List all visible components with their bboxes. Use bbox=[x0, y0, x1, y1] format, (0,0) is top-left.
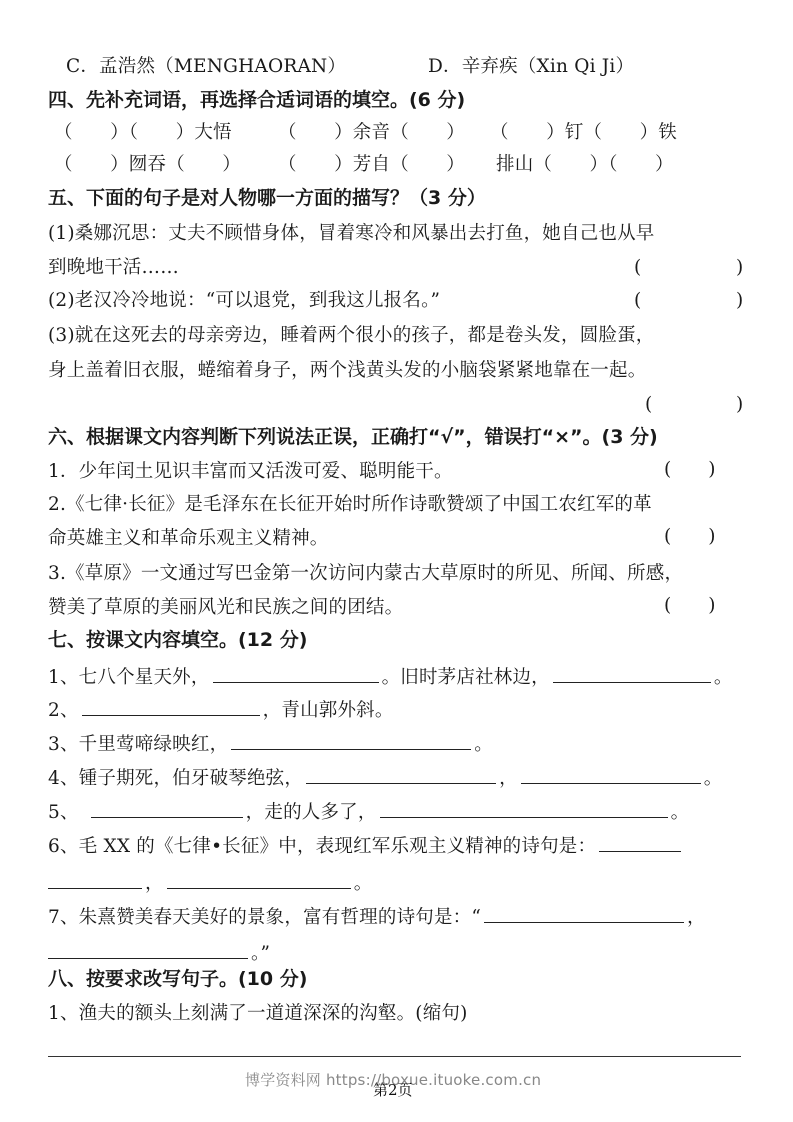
s5-q3-answer-open: ( bbox=[645, 393, 652, 417]
s7-q7-text-c: 。” bbox=[251, 943, 270, 964]
s7-q7-text-b: ， bbox=[687, 907, 706, 928]
exam-page: C．孟浩然（MENGHAORAN） D．辛弃疾（Xin Qi Ji） 四、先补充… bbox=[0, 0, 793, 1122]
s7-q4: 4、锺子期死，伯牙破琴绝弦，，。 bbox=[48, 765, 722, 791]
idiom-2-2: （ ）芳自（ ） bbox=[278, 153, 465, 177]
s7-q7-text-a: 7、朱熹赞美春天美好的景象，富有哲理的诗句是：“ bbox=[48, 907, 481, 928]
s7-q1: 1、七八个星天外，。旧时茅店社林边，。 bbox=[48, 664, 733, 690]
s7-q1-text-b: 。旧时茅店社林边， bbox=[382, 667, 550, 688]
page-number: 第2页 bbox=[373, 1079, 413, 1100]
s6-q2-line2: 命英雄主义和革命乐观主义精神。 bbox=[48, 527, 329, 551]
s7-q1-text-a: 1、七八个星天外， bbox=[48, 667, 210, 688]
option-c: C．孟浩然（MENGHAORAN） bbox=[66, 55, 346, 79]
idiom-1-1: （ ）（ ）大悟 bbox=[54, 121, 232, 145]
s7-q3-blank-1[interactable] bbox=[231, 731, 471, 750]
s7-q2-blank-1[interactable] bbox=[82, 697, 260, 716]
s6-q2-line1: 2.《七律·长征》是毛泽东在长征开始时所作诗歌赞颂了中国工农红军的革 bbox=[48, 493, 652, 517]
idiom-1-2: （ ）余音（ ） bbox=[278, 121, 465, 145]
s6-q3-line2: 赞美了草原的美丽风光和民族之间的团结。 bbox=[48, 596, 403, 620]
s7-q7: 7、朱熹赞美春天美好的景象，富有哲理的诗句是：“， bbox=[48, 904, 706, 930]
s7-q4-text-c: 。 bbox=[704, 768, 723, 789]
idiom-1-3: （ ）钉（ ）铁 bbox=[490, 121, 677, 145]
s5-q2-answer-close: ) bbox=[736, 289, 743, 313]
s7-q2-text-a: 2、 bbox=[48, 700, 79, 721]
s7-q5-text-b: ，走的人多了， bbox=[246, 802, 377, 823]
s7-q6-text-c: 。 bbox=[354, 873, 373, 894]
idiom-2-1: （ ）囫吞（ ） bbox=[54, 153, 241, 177]
s7-q4-text-b: ， bbox=[499, 768, 518, 789]
s7-q3: 3、千里莺啼绿映红，。 bbox=[48, 731, 493, 757]
idiom-2-3: 排山（ ）（ ） bbox=[496, 153, 674, 177]
s8-q1: 1、渔夫的额头上刻满了一道道深深的沟壑。(缩句) bbox=[48, 1002, 468, 1026]
s5-q1-line1: (1)桑娜沉思：丈夫不顾惜身体，冒着寒冷和风暴出去打鱼，她自己也从早 bbox=[48, 222, 655, 246]
s5-q3-line1: (3)就在这死去的母亲旁边，睡着两个很小的孩子，都是卷头发，圆脸蛋， bbox=[48, 324, 655, 348]
s7-q7-blank-2[interactable] bbox=[48, 940, 248, 959]
s7-q6-blank-1[interactable] bbox=[599, 833, 681, 852]
section-8-title: 八、按要求改写句子。(10 分) bbox=[48, 967, 307, 991]
s7-q7-cont: 。” bbox=[48, 940, 270, 966]
option-d: D．辛弃疾（Xin Qi Ji） bbox=[428, 55, 634, 79]
s7-q4-text-a: 4、锺子期死，伯牙破琴绝弦， bbox=[48, 768, 303, 789]
section-5-title: 五、下面的句子是对人物哪一方面的描写？（3 分） bbox=[48, 186, 486, 210]
s6-q3-line1: 3.《草原》一文通过写巴金第一次访问内蒙古大草原时的所见、所闻、所感， bbox=[48, 562, 683, 586]
s7-q7-blank-1[interactable] bbox=[484, 904, 684, 923]
s5-q3-line2: 身上盖着旧衣服，蜷缩着身子，两个浅黄头发的小脑袋紧紧地靠在一起。 bbox=[48, 359, 646, 383]
s6-q3-answer: ( ) bbox=[664, 594, 715, 618]
s7-q1-blank-1[interactable] bbox=[213, 664, 379, 683]
s5-q1-line2: 到晚地干活…… bbox=[48, 256, 179, 280]
s7-q6-blank-3[interactable] bbox=[167, 870, 351, 889]
s7-q1-blank-2[interactable] bbox=[553, 664, 711, 683]
s5-q2-answer-open: ( bbox=[634, 289, 641, 313]
s6-q1-answer: ( ) bbox=[664, 458, 715, 482]
s7-q3-text-a: 3、千里莺啼绿映红， bbox=[48, 734, 228, 755]
s6-q1: 1．少年闰土见识丰富而又活泼可爱、聪明能干。 bbox=[48, 460, 453, 484]
s7-q6: 6、毛 XX 的《七律•长征》中，表现红军乐观主义精神的诗句是： bbox=[48, 833, 684, 859]
s7-q5-blank-1[interactable] bbox=[91, 799, 243, 818]
footer-divider bbox=[48, 1056, 741, 1057]
s7-q2-text-b: ，青山郭外斜。 bbox=[263, 700, 394, 721]
s7-q2: 2、，青山郭外斜。 bbox=[48, 697, 394, 723]
s7-q3-text-b: 。 bbox=[474, 734, 493, 755]
s5-q2: (2)老汉冷冷地说：“可以退党，到我这儿报名。” bbox=[48, 289, 440, 313]
s5-q1-answer-open: ( bbox=[634, 256, 641, 280]
s7-q4-blank-2[interactable] bbox=[521, 765, 701, 784]
section-6-title: 六、根据课文内容判断下列说法正误，正确打“√”，错误打“×”。(3 分) bbox=[48, 425, 658, 449]
s7-q5: 5、，走的人多了，。 bbox=[48, 799, 689, 825]
s7-q6-text-b: ， bbox=[145, 873, 164, 894]
section-7-title: 七、按课文内容填空。(12 分) bbox=[48, 628, 307, 652]
s7-q6-blank-2[interactable] bbox=[48, 870, 142, 889]
s7-q6-text-a: 6、毛 XX 的《七律•长征》中，表现红军乐观主义精神的诗句是： bbox=[48, 836, 596, 857]
s5-q1-answer-close: ) bbox=[736, 256, 743, 280]
s5-q3-answer-close: ) bbox=[736, 393, 743, 417]
s7-q5-text-c: 。 bbox=[671, 802, 690, 823]
s7-q1-text-c: 。 bbox=[714, 667, 733, 688]
s7-q4-blank-1[interactable] bbox=[306, 765, 496, 784]
s7-q5-text-a: 5、 bbox=[48, 802, 79, 823]
s7-q5-blank-2[interactable] bbox=[380, 799, 668, 818]
s6-q2-answer: ( ) bbox=[664, 525, 715, 549]
s7-q6-cont: ，。 bbox=[48, 870, 372, 896]
section-4-title: 四、先补充词语，再选择合适词语的填空。(6 分) bbox=[48, 88, 465, 112]
